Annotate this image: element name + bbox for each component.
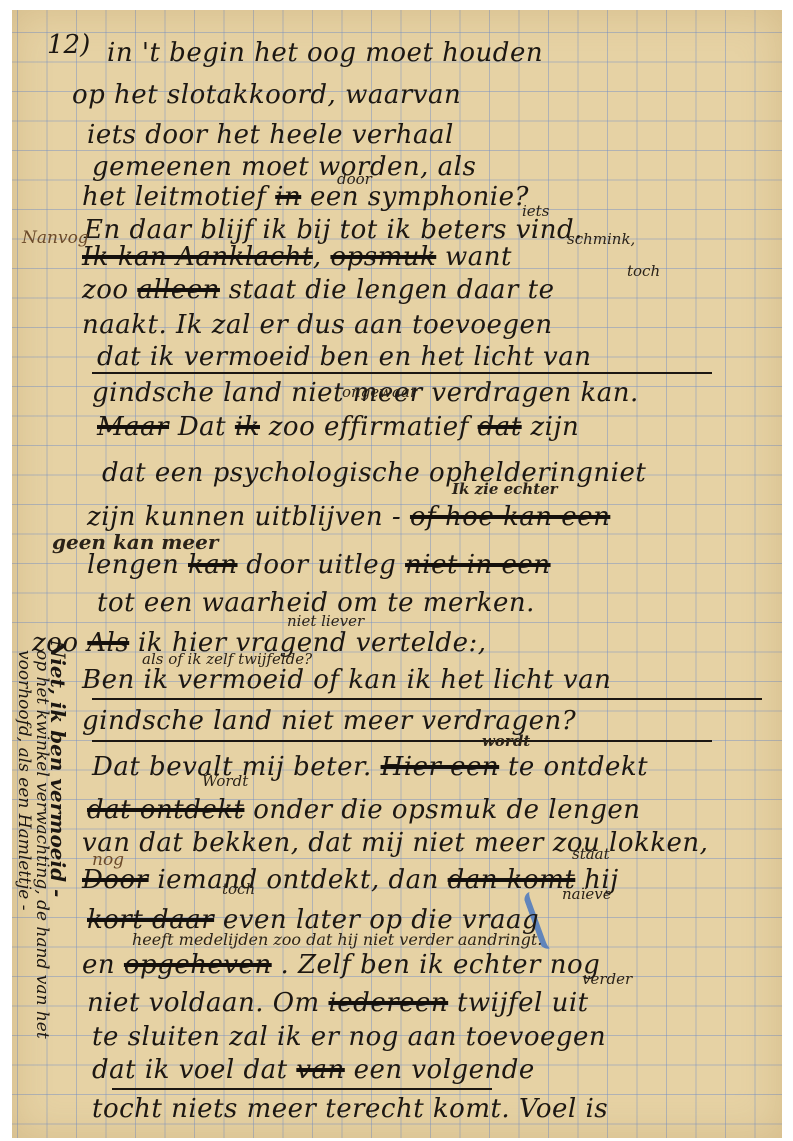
text-line-29: tocht niets meer terecht komt. Voel is xyxy=(92,1094,608,1124)
struck-word: in xyxy=(275,182,301,212)
struck-word: alleen xyxy=(137,275,220,305)
text-line-12: Maar Dat ik zoo effirmatief dat zijn xyxy=(97,412,579,442)
insertion: toch xyxy=(627,262,660,280)
struck-word: kan xyxy=(188,550,238,580)
manuscript-page: 12) in 't begin het oog moet houden op h… xyxy=(12,10,782,1138)
struck-phrase: dan komt xyxy=(448,865,576,895)
text-line-28: dat ik voel dat van een volgende xyxy=(92,1055,535,1085)
struck-word: Maar xyxy=(97,412,169,442)
struck-word: Hier een xyxy=(381,752,500,782)
struck-word: Als xyxy=(87,628,129,658)
insertion: ongewaar xyxy=(342,383,417,401)
insertion: heeft medelijden zoo dat hij niet verder… xyxy=(132,930,542,949)
insertion: Wordt xyxy=(202,772,248,790)
line-rest-2: zijn xyxy=(530,412,579,442)
insertion: staat xyxy=(572,845,610,863)
line-text: lengen xyxy=(87,550,179,580)
margin-note-left: Nanvog xyxy=(22,228,89,248)
line-text: niet voldaan. Om xyxy=(87,988,320,1018)
insertion: Ik zie echter xyxy=(452,480,558,498)
struck-phrase: dat ontdekt xyxy=(87,795,244,825)
line-rest: effirmatief xyxy=(324,412,469,442)
text-line-15: lengen kan door uitleg niet in een xyxy=(87,550,551,580)
line-text: dat ik voel dat xyxy=(92,1055,288,1085)
insertion: iets xyxy=(522,202,549,220)
text-line-26: niet voldaan. Om iedereen twijfel uit xyxy=(87,988,589,1018)
text-line-27: te sluiten zal ik er nog aan toevoegen xyxy=(92,1022,606,1052)
text-line-22: van dat bekken, dat mij niet meer zou lo… xyxy=(82,828,708,858)
insertion: niet liever xyxy=(287,612,364,630)
margin-note-vertical-3: voorhoofd, als een Hamlettje - xyxy=(14,650,34,911)
text-line-3: iets door het heele verhaal xyxy=(87,120,454,150)
text-line-20: Dat bevalt mij beter. Hier een te ontdek… xyxy=(92,752,648,782)
text-line-4: gemeenen moet worden, als xyxy=(92,152,476,182)
insertion: wordt xyxy=(482,732,530,750)
struck-phrase: niet in een xyxy=(405,550,551,580)
line-text-2: zoo xyxy=(269,412,316,442)
underline-rule xyxy=(92,372,712,374)
text-line-5: het leitmotief in een symphonie? xyxy=(82,182,529,212)
line-text: Dat xyxy=(178,412,226,442)
text-line-7: Ik kan Aanklacht, opsmuk want xyxy=(82,242,512,272)
text-line-9: naakt. Ik zal er dus aan toevoegen xyxy=(82,310,553,340)
text-line-1: in 't begin het oog moet houden xyxy=(107,38,543,68)
text-line-14: zijn kunnen uitblijven - of hoe kan een xyxy=(87,502,610,532)
struck-word: van xyxy=(296,1055,344,1085)
struck-word: opsmuk xyxy=(330,242,436,272)
insertion: verder xyxy=(582,970,632,988)
text-line-23: Door iemand ontdekt, dan dan komt hij xyxy=(82,865,619,895)
line-rest: staat die lengen daar xyxy=(229,275,519,305)
text-line-10: dat ik vermoeid ben en het licht van xyxy=(97,342,591,372)
line-rest: twijfel uit xyxy=(457,988,589,1018)
struck-phrase: Ik kan Aanklacht xyxy=(82,242,313,272)
line-text: iemand ontdekt, dan xyxy=(157,865,439,895)
underline-rule xyxy=(92,698,762,700)
line-rest: . Zelf ben ik echter nog xyxy=(280,950,600,980)
struck-word: ik xyxy=(235,412,260,442)
line-rest: te ontdekt xyxy=(508,752,648,782)
struck-word: opgeheven xyxy=(124,950,272,980)
page-number: 12) xyxy=(47,30,90,60)
text-line-6: En daar blijf ik bij tot ik beters vind. xyxy=(84,215,583,245)
line-text: zoo xyxy=(82,275,129,305)
line-rest: beters vind. xyxy=(420,215,583,245)
underline-rule xyxy=(112,1088,492,1090)
text-line-8: zoo alleen staat die lengen daar te xyxy=(82,275,555,305)
struck-phrase: of hoe kan een xyxy=(410,502,610,532)
struck-word: dat xyxy=(478,412,522,442)
line-text: en xyxy=(82,950,115,980)
insertion: schmink, xyxy=(567,230,635,248)
insertion: naïeve xyxy=(562,885,612,903)
underline-rule xyxy=(92,740,712,742)
text-line-25: en opgeheven . Zelf ben ik echter nog xyxy=(82,950,600,980)
line-rest: een volgende xyxy=(354,1055,535,1085)
insertion: door xyxy=(337,170,372,188)
line-text: En daar blijf ik bij tot ik xyxy=(84,215,412,245)
line-rest: want xyxy=(445,242,512,272)
struck-word: iedereen xyxy=(328,988,448,1018)
struck-word: Door xyxy=(82,865,149,895)
insertion: toch xyxy=(222,880,255,898)
line-rest-2: te xyxy=(528,275,555,305)
line-text: zijn kunnen uitblijven - xyxy=(87,502,401,532)
text-line-2: op het slotakkoord, waarvan xyxy=(72,80,461,110)
text-line-13: dat een psychologische ophelderingniet xyxy=(102,458,646,488)
text-line-21: dat ontdekt onder die opsmuk de lengen xyxy=(87,795,641,825)
margin-note-vertical-2: op het kwinkel verwachting, de hand van … xyxy=(32,650,52,1039)
line-rest: door uitleg xyxy=(246,550,396,580)
line-text: onder die opsmuk de lengen xyxy=(253,795,640,825)
line-text: het leitmotief xyxy=(82,182,266,212)
text-line-18: Ben ik vermoeid of kan ik het licht van xyxy=(82,665,611,695)
